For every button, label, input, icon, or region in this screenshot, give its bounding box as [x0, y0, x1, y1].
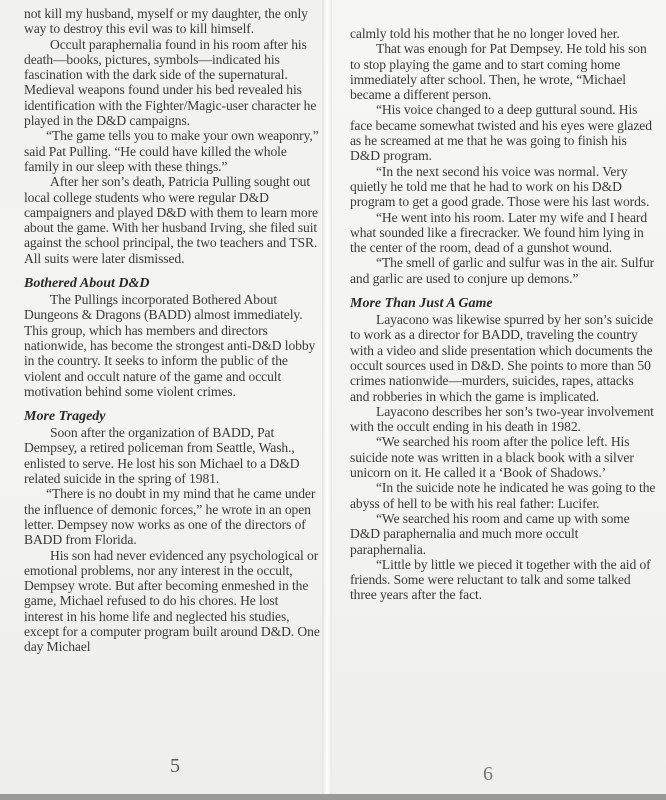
paragraph: calmly told his mother that he no longer…	[350, 26, 656, 41]
paragraph: “In the next second his voice was normal…	[350, 164, 656, 210]
booklet-spread: not kill my husband, myself or my daught…	[0, 0, 666, 800]
paragraph: “In the suicide note he indicated he was…	[350, 480, 656, 511]
paragraph: “The game tells you to make your own wea…	[24, 128, 320, 174]
paragraph: “His voice changed to a deep guttural so…	[350, 102, 656, 163]
paragraph: not kill my husband, myself or my daught…	[24, 6, 320, 37]
bottom-edge	[0, 794, 666, 800]
center-fold	[322, 0, 332, 800]
paragraph: “Little by little we pieced it together …	[350, 557, 656, 603]
paragraph: Layacono was likewise spurred by her son…	[350, 312, 656, 404]
paragraph: After her son’s death, Patricia Pulling …	[24, 174, 320, 266]
paragraph: “There is no doubt in my mind that he ca…	[24, 486, 320, 547]
paragraph: “We searched his room after the police l…	[350, 434, 656, 480]
paragraph: That was enough for Pat Dempsey. He told…	[350, 41, 656, 102]
paragraph: “He went into his room. Later my wife an…	[350, 210, 656, 256]
page-number: 6	[483, 763, 493, 786]
paragraph: Soon after the organization of BADD, Pat…	[24, 425, 320, 486]
section-heading-more-tragedy: More Tragedy	[24, 409, 320, 425]
section-heading-bothered: Bothered About D&D	[24, 276, 320, 292]
paragraph: The Pullings incorporated Bothered About…	[24, 292, 320, 399]
paragraph: Layacono describes her son’s two-year in…	[350, 404, 656, 435]
right-page: calmly told his mother that he no longer…	[326, 0, 666, 800]
paragraph: “We searched his room and came up with s…	[350, 511, 656, 557]
paragraph: His son had never evidenced any psycholo…	[24, 548, 320, 655]
section-heading-more-than-just-a-game: More Than Just A Game	[350, 296, 656, 312]
paragraph: “The smell of garlic and sulfur was in t…	[350, 255, 656, 286]
left-page: not kill my husband, myself or my daught…	[0, 0, 326, 800]
page-number: 5	[170, 755, 180, 778]
paragraph: Occult paraphernalia found in his room a…	[24, 37, 320, 129]
